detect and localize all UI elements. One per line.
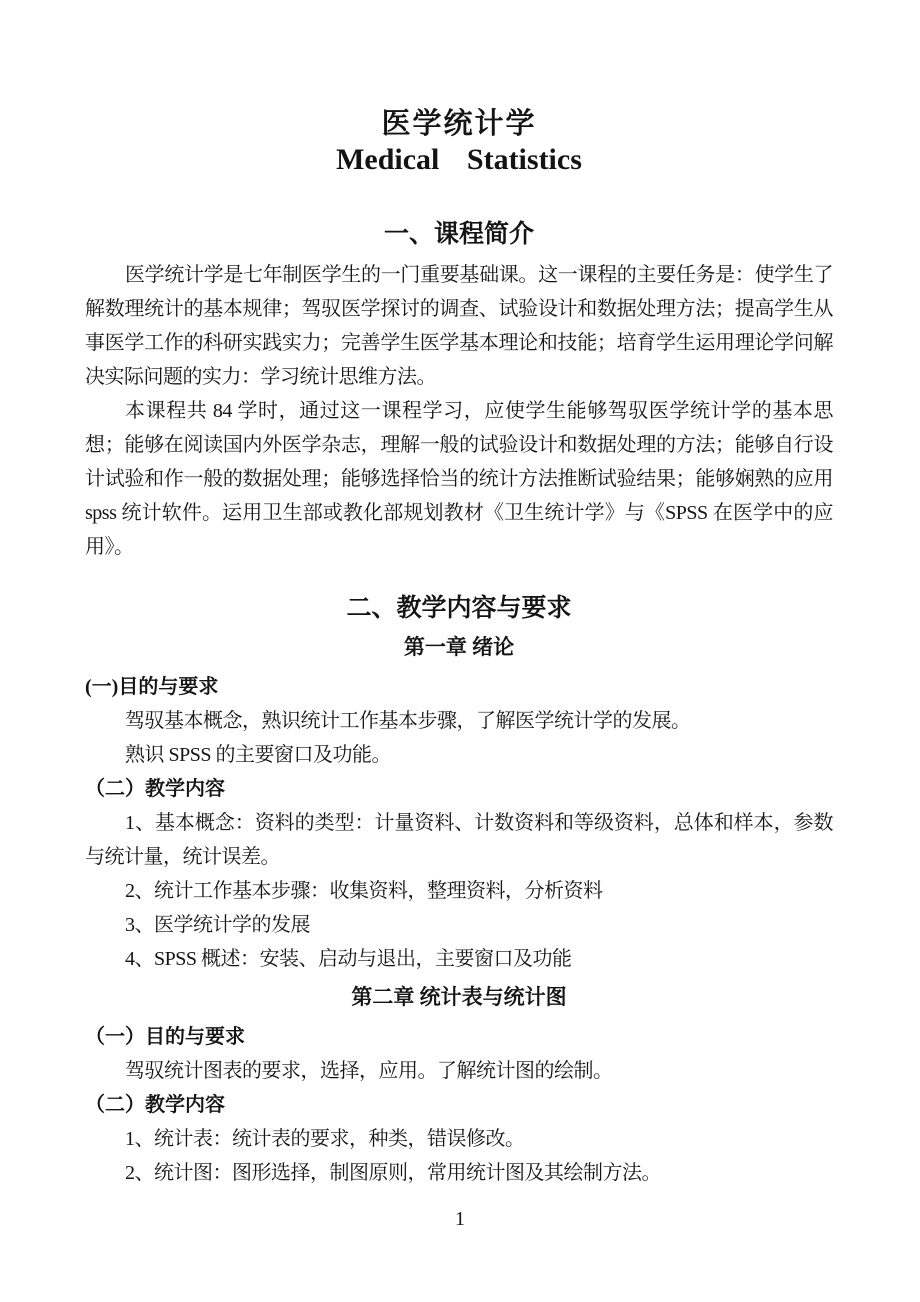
content-line: 2、统计工作基本步骤：收集资料，整理资料，分析资料 [85, 874, 833, 908]
subsection-heading: (一)目的与要求 [85, 670, 833, 704]
chapter-1-content: (一)目的与要求 驾驭基本概念，熟识统计工作基本步骤，了解医学统计学的发展。 熟… [85, 670, 833, 976]
content-line: 驾驭统计图表的要求，选择，应用。了解统计图的绘制。 [85, 1054, 833, 1088]
page-number: 1 [0, 1206, 920, 1232]
paragraph: 本课程共 84 学时，通过这一课程学习，应使学生能够驾驭医学统计学的基本思想；能… [85, 394, 833, 564]
doc-title-english: Medical Statistics [85, 142, 833, 178]
subsection-heading: （二）教学内容 [85, 1088, 833, 1122]
content-line: 4、SPSS 概述：安装、启动与退出，主要窗口及功能 [85, 942, 833, 976]
section-heading-teaching-content: 二、教学内容与要求 [85, 592, 833, 626]
course-intro-paragraphs: 医学统计学是七年制医学生的一门重要基础课。这一课程的主要任务是：使学生了解数理统… [85, 258, 833, 564]
content-line: 1、统计表：统计表的要求，种类，错误修改。 [85, 1122, 833, 1156]
content-line: 熟识 SPSS 的主要窗口及功能。 [85, 738, 833, 772]
doc-title-chinese: 医学统计学 [85, 0, 833, 142]
chapter-2-title: 第二章 统计表与统计图 [85, 980, 833, 1014]
subsection-heading: （一）目的与要求 [85, 1020, 833, 1054]
subsection-heading: （二）教学内容 [85, 772, 833, 806]
content-line: 驾驭基本概念，熟识统计工作基本步骤，了解医学统计学的发展。 [85, 704, 833, 738]
content-line: 1、基本概念：资料的类型：计量资料、计数资料和等级资料，总体和样本，参数与统计量… [85, 806, 833, 874]
paragraph: 医学统计学是七年制医学生的一门重要基础课。这一课程的主要任务是：使学生了解数理统… [85, 258, 833, 394]
content-line: 3、医学统计学的发展 [85, 908, 833, 942]
chapter-2-content: （一）目的与要求 驾驭统计图表的要求，选择，应用。了解统计图的绘制。 （二）教学… [85, 1020, 833, 1190]
section-heading-course-intro: 一、课程简介 [85, 218, 833, 252]
chapter-1-title: 第一章 绪论 [85, 630, 833, 664]
content-line: 2、统计图：图形选择，制图原则，常用统计图及其绘制方法。 [85, 1156, 833, 1190]
document-page: 医学统计学 Medical Statistics 一、课程简介 医学统计学是七年… [0, 0, 920, 1302]
document-content: 医学统计学 Medical Statistics 一、课程简介 医学统计学是七年… [85, 0, 833, 1190]
